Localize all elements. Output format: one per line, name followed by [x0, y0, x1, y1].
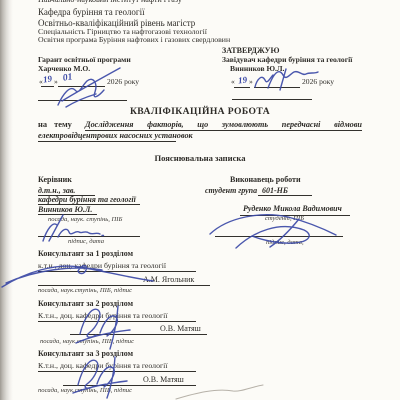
consultant3-name: О.В. Матяш: [143, 376, 184, 384]
topic-text-line1: Дослідження факторів, що зумовлюють пере…: [85, 121, 362, 130]
executor-label: Виконавець роботи: [230, 176, 301, 184]
underline: [38, 371, 196, 372]
signature-line: [215, 236, 343, 237]
topic-underline-2: [38, 141, 176, 142]
signature-line: [63, 385, 196, 386]
guarantor-role: Гарант освітньої програми: [38, 56, 131, 64]
consultant1-position: к.т.н., доц. кафедри буріння та геології: [38, 262, 166, 270]
department-line: Кафедра буріння та геології: [38, 8, 145, 17]
handwritten-day-left: 19: [42, 73, 52, 84]
executor-caption-signature: підпис, дата,: [266, 240, 304, 247]
underline: [38, 214, 97, 215]
consultant2-label: Консультант за 2 розділом: [38, 300, 133, 308]
consultant3-position: К.т.н., доц. кафедри буріння та геології: [38, 362, 168, 370]
executor-caption-position: студент, ПІБ: [265, 216, 304, 223]
underline: [38, 321, 196, 322]
consultant1-name: А.М. Ягольник: [143, 276, 194, 284]
approver-role: Завідувач кафедри буріння та геології: [222, 56, 352, 64]
supervisor-label: Керівник: [38, 176, 72, 184]
scan-edge-shadow: [0, 0, 13, 400]
handwritten-month-left: 01: [62, 72, 73, 83]
underline: [258, 195, 312, 196]
consultant3-label: Консультант за 3 розділом: [38, 350, 133, 358]
topic-text-line2: електровідцентрових насосних установок: [38, 132, 193, 141]
signature-line: [70, 334, 207, 335]
approval-year-right: 2026 року: [302, 78, 334, 86]
institute-line: Навчально-науковий інститут нафти і газу: [38, 0, 182, 4]
approval-date-right-open: «: [231, 78, 235, 86]
consultant1-label: Консультант за 1 розділом: [38, 250, 133, 258]
supervisor-caption-position: посада, наук. ступінь, ПІБ: [48, 217, 122, 224]
executor-student-label: студент група: [205, 187, 257, 195]
date-day-underline-right: [234, 87, 250, 88]
scanned-document-page: Навчально-науковий інститут нафти і газу…: [0, 0, 400, 400]
executor-name: Руденко Микола Вадимович: [243, 205, 342, 213]
date-month-underline-right: [254, 87, 300, 88]
guarantor-name: Харченко М.О.: [38, 65, 90, 73]
approver-name: Винников Ю.Л.: [230, 65, 284, 73]
consultant2-caption: посада, наук.ступінь, ПІБ, підпис: [40, 339, 134, 346]
topic-label: на тему: [38, 121, 72, 130]
approve-stamp: ЗАТВЕРДЖУЮ: [222, 47, 280, 55]
approval-date-left-close: »: [54, 78, 58, 86]
date-day-underline-left: [41, 86, 54, 87]
supervisor-caption-signature: підпис, дата: [68, 239, 104, 246]
signature-line: [232, 99, 312, 100]
consultant3-caption: посада, наук.ступінь, ПІБ, підпис: [38, 388, 132, 395]
underline: [38, 271, 196, 272]
explanatory-note-subtitle: Пояснювальна записка: [0, 154, 400, 163]
ink-bleed-mark: [176, 385, 263, 399]
consultant2-position: К.т.н., доц. кафедри буріння та геології: [38, 312, 168, 320]
work-title: КВАЛІФІКАЦІЙНА РОБОТА: [0, 107, 400, 117]
signature-line: [38, 285, 210, 286]
consultant2-name: О.В. Матяш: [160, 325, 201, 333]
handwritten-day-right: 19: [238, 74, 248, 85]
consultant1-caption: посада, наук.ступінь, ПІБ, підпис: [38, 288, 132, 295]
approval-year-left: 2026 року: [107, 78, 139, 86]
signature-line: [38, 100, 127, 101]
date-month-underline-left: [58, 86, 105, 87]
signature-line: [38, 236, 140, 237]
approval-date-right-close: »: [249, 78, 253, 86]
program-line: Освітня програма Буріння нафтових і газо…: [38, 36, 230, 44]
